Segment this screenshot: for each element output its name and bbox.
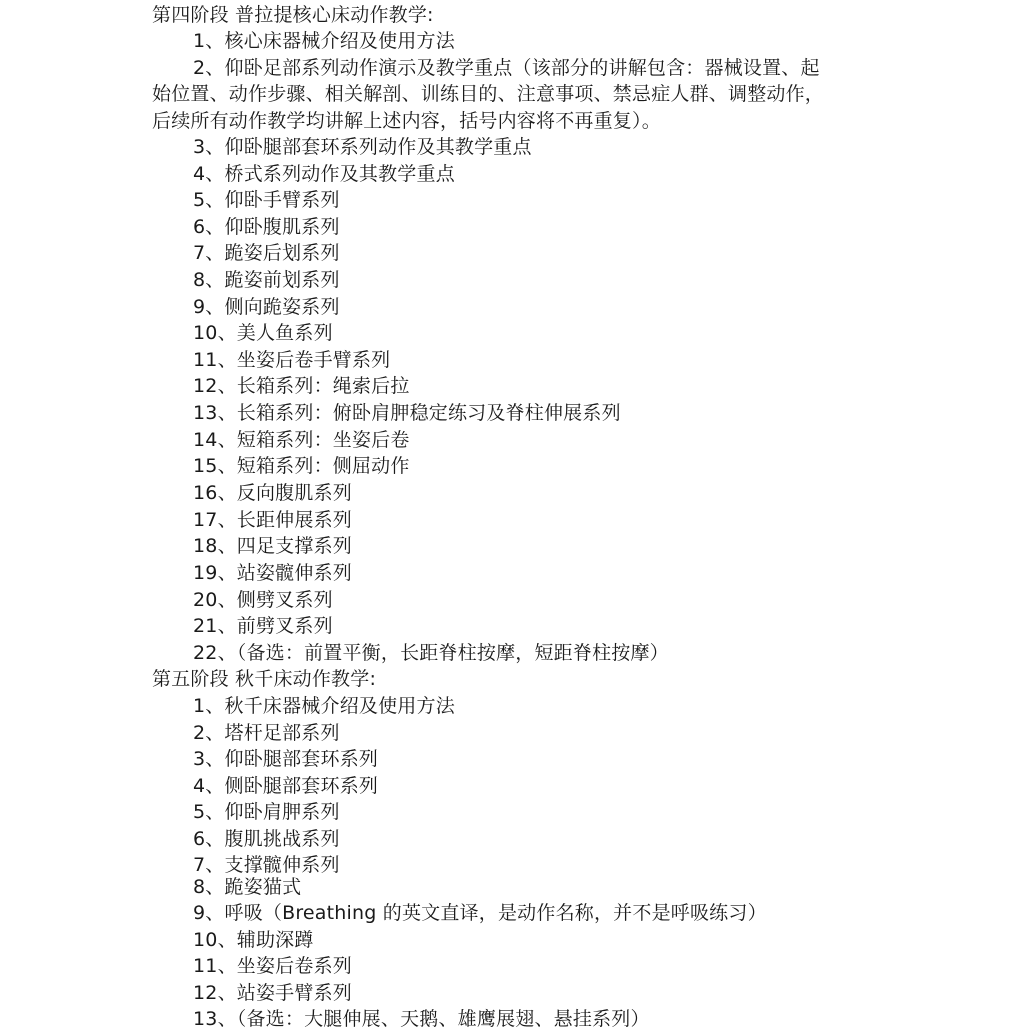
list-item: 18、四足支撑系列 [193,533,352,559]
list-item: 17、长距伸展系列 [193,507,352,533]
list-item: 19、站姿髋伸系列 [193,560,352,586]
list-item: 10、辅助深蹲 [193,927,314,953]
list-item: 16、反向腹肌系列 [193,480,352,506]
list-item: 22、（备选：前置平衡，长距脊柱按摩，短距脊柱按摩） [193,640,669,666]
list-item: 9、呼吸（Breathing 的英文直译，是动作名称，并不是呼吸练习） [193,900,767,926]
list-item: 3、仰卧腿部套环系列动作及其教学重点 [193,134,532,160]
list-item: 11、坐姿后卷系列 [193,953,352,979]
list-item: 3、仰卧腿部套环系列 [193,746,378,772]
list-item: 2、仰卧足部系列动作演示及教学重点（该部分的讲解包含：器械设置、起 [193,55,820,81]
list-item: 13、长箱系列：俯卧肩胛稳定练习及脊柱伸展系列 [193,400,621,426]
list-item: 10、美人鱼系列 [193,320,333,346]
list-item: 4、桥式系列动作及其教学重点 [193,161,455,187]
list-item: 4、侧卧腿部套环系列 [193,773,378,799]
list-item: 12、站姿手臂系列 [193,980,352,1006]
list-item: 5、仰卧肩胛系列 [193,799,340,825]
list-item: 21、前劈叉系列 [193,613,333,639]
list-item: 11、坐姿后卷手臂系列 [193,347,390,373]
list-item: 8、跪姿前划系列 [193,267,340,293]
list-item: 20、侧劈叉系列 [193,587,333,613]
list-item: 8、跪姿猫式 [193,874,301,900]
list-item-continuation: 后续所有动作教学均讲解上述内容，括号内容将不再重复）。 [152,108,661,134]
section-heading-stage-4: 第四阶段 普拉提核心床动作教学: [152,2,434,28]
list-item: 2、塔杆足部系列 [193,720,340,746]
document-page: 第四阶段 普拉提核心床动作教学: 1、核心床器械介绍及使用方法 2、仰卧足部系列… [0,0,1012,1032]
section-heading-stage-5: 第五阶段 秋千床动作教学: [152,666,376,692]
list-item: 14、短箱系列：坐姿后卷 [193,427,410,453]
list-item: 5、仰卧手臂系列 [193,187,340,213]
list-item: 1、秋千床器械介绍及使用方法 [193,693,455,719]
list-item: 15、短箱系列：侧屈动作 [193,453,410,479]
list-item: 9、侧向跪姿系列 [193,294,340,320]
list-item: 7、跪姿后划系列 [193,240,340,266]
list-item: 1、核心床器械介绍及使用方法 [193,28,455,54]
list-item: 6、腹肌挑战系列 [193,826,340,852]
list-item-continuation: 始位置、动作步骤、相关解剖、训练目的、注意事项、禁忌症人群、调整动作， [152,81,824,107]
list-item: 6、仰卧腹肌系列 [193,214,340,240]
list-item: 13、（备选：大腿伸展、天鹅、雄鹰展翅、悬挂系列） [193,1006,650,1032]
list-item: 12、长箱系列：绳索后拉 [193,373,410,399]
